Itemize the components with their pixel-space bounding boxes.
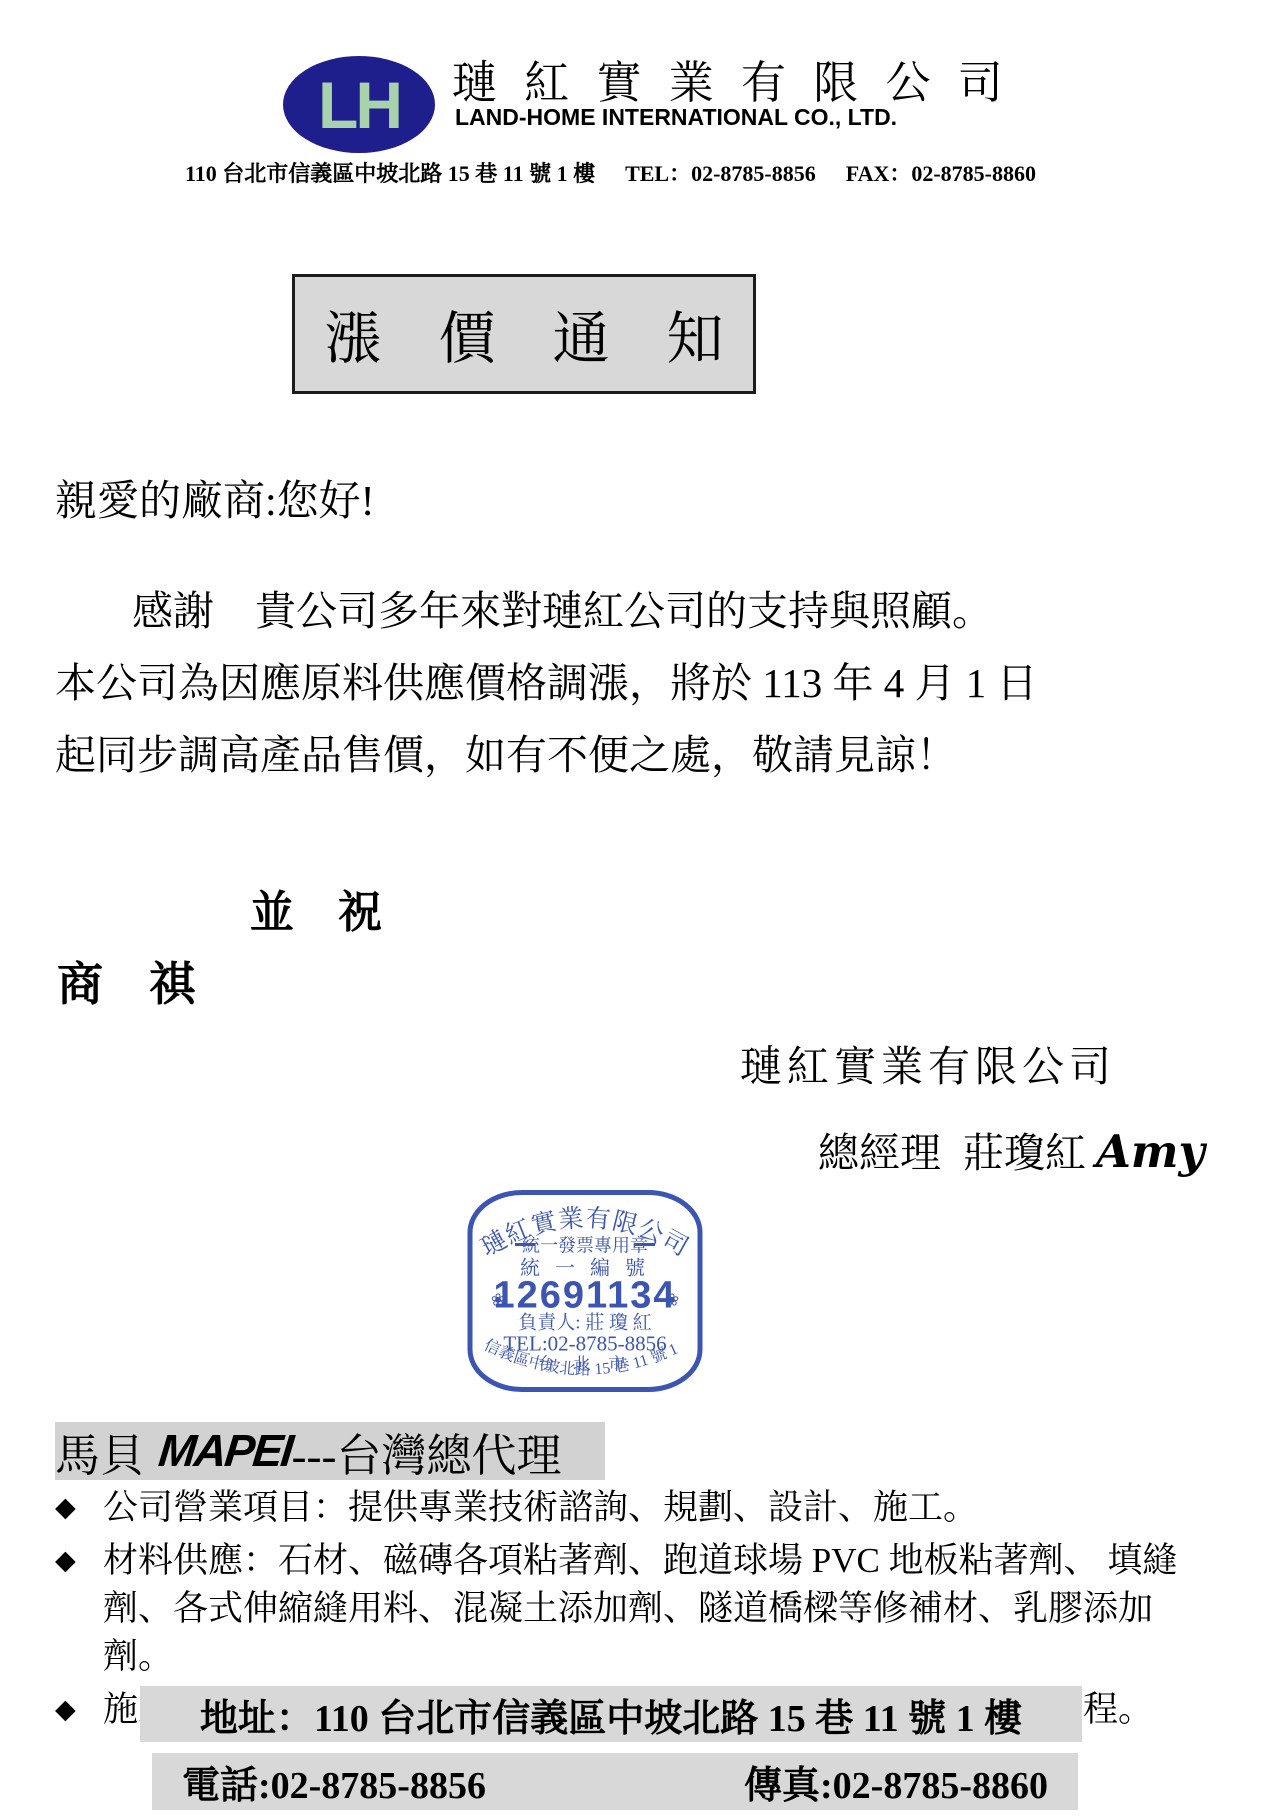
stamp-invoice-line: 統一發票專用章 bbox=[522, 1236, 648, 1256]
stamp-uniform-number: 12691134 bbox=[494, 1275, 677, 1317]
company-name-en: LAND-HOME INTERNATIONAL CO., LTD. bbox=[455, 104, 897, 131]
agent-suffix: ---台灣總代理 bbox=[292, 1419, 562, 1484]
signature-name: 莊瓊紅 bbox=[963, 1130, 1086, 1176]
stamp-flower-right-icon: ❀ bbox=[665, 1291, 679, 1310]
body-line-3: 起同步調高產品售價，如有不便之處，敬請見諒！ bbox=[55, 722, 957, 781]
footer-phone-bar: 電話:02-8785-8856 傳真:02-8785-8860 bbox=[152, 1753, 1078, 1810]
footer-address: 地址：110 台北市信義區中坡北路 15 巷 11 號 1 樓 bbox=[200, 1687, 1022, 1742]
header-contact-line: 110 台北市信義區中坡北路 15 巷 11 號 1 樓 TEL：02-8785… bbox=[185, 157, 1036, 188]
notice-title-box: 漲 價 通 知 bbox=[292, 274, 756, 394]
footer-phone: 電話:02-8785-8856 bbox=[182, 1754, 486, 1809]
company-invoice-stamp: 璉紅實業有限公司 統一發票專用章 統 一 編 號 12691134 ❀ ❀ 負責… bbox=[465, 1186, 705, 1396]
header-fax: FAX：02-8785-8860 bbox=[846, 157, 1036, 188]
agent-prefix: 馬貝 bbox=[55, 1419, 145, 1484]
header-tel: TEL：02-8785-8856 bbox=[625, 157, 816, 188]
bullet-text: 材料供應：石材、磁磚各項粘著劑、跑道球場 PVC 地板粘著劑、 填縫劑、各式伸縮… bbox=[103, 1537, 1195, 1681]
company-logo: LH bbox=[283, 56, 435, 153]
closing-regards: 商 祺 bbox=[57, 948, 195, 1014]
stamp-owner-line: 負責人: 莊 瓊 紅 bbox=[518, 1312, 652, 1334]
bullet-business-items: ◆ 公司營業項目：提供專業技術諮詢、規劃、設計、施工。 bbox=[55, 1484, 1195, 1532]
signature-english-name: Amy bbox=[1096, 1125, 1205, 1178]
notice-title: 漲 價 通 知 bbox=[325, 293, 724, 375]
signature-line: 總經理莊瓊紅Amy bbox=[818, 1120, 1205, 1179]
letter-page: LH 璉 紅 實 業 有 限 公 司 LAND-HOME INTERNATION… bbox=[0, 0, 1280, 1818]
body-line-1: 感謝 貴公司多年來對璉紅公司的支持與照顧。 bbox=[132, 578, 993, 637]
bullet-material-supply: ◆ 材料供應：石材、磁磚各項粘著劑、跑道球場 PVC 地板粘著劑、 填縫劑、各式… bbox=[55, 1537, 1195, 1681]
bullet-text: 公司營業項目：提供專業技術諮詢、規劃、設計、施工。 bbox=[103, 1484, 1195, 1532]
agent-highlight-line: 馬貝 MAPEI ---台灣總代理 bbox=[55, 1422, 605, 1480]
body-line-2: 本公司為因應原料供應價格調漲，將於 113 年 4 月 1 日 bbox=[55, 650, 1037, 709]
closing-wish: 並 祝 bbox=[250, 876, 382, 940]
signature-company: 璉紅實業有限公司 bbox=[740, 1034, 1116, 1094]
footer-address-bar: 地址：110 台北市信義區中坡北路 15 巷 11 號 1 樓 bbox=[140, 1686, 1082, 1742]
stamp-tel-line: TEL:02-8785-8856 bbox=[503, 1332, 666, 1356]
signature-title: 總經理 bbox=[818, 1130, 941, 1176]
diamond-bullet-icon: ◆ bbox=[55, 1484, 103, 1532]
footer-fax: 傳真:02-8785-8860 bbox=[744, 1754, 1048, 1809]
diamond-bullet-icon: ◆ bbox=[55, 1686, 103, 1734]
diamond-bullet-icon: ◆ bbox=[55, 1537, 103, 1681]
stamp-flower-left-icon: ❀ bbox=[491, 1291, 505, 1310]
company-name-zh: 璉 紅 實 業 有 限 公 司 bbox=[452, 46, 1011, 111]
header-address: 110 台北市信義區中坡北路 15 巷 11 號 1 樓 bbox=[185, 157, 595, 188]
greeting-line: 親愛的廠商:您好! bbox=[55, 468, 375, 528]
mapei-brand-logo: MAPEI bbox=[156, 1425, 294, 1477]
logo-lh-monogram: LH bbox=[318, 72, 400, 138]
